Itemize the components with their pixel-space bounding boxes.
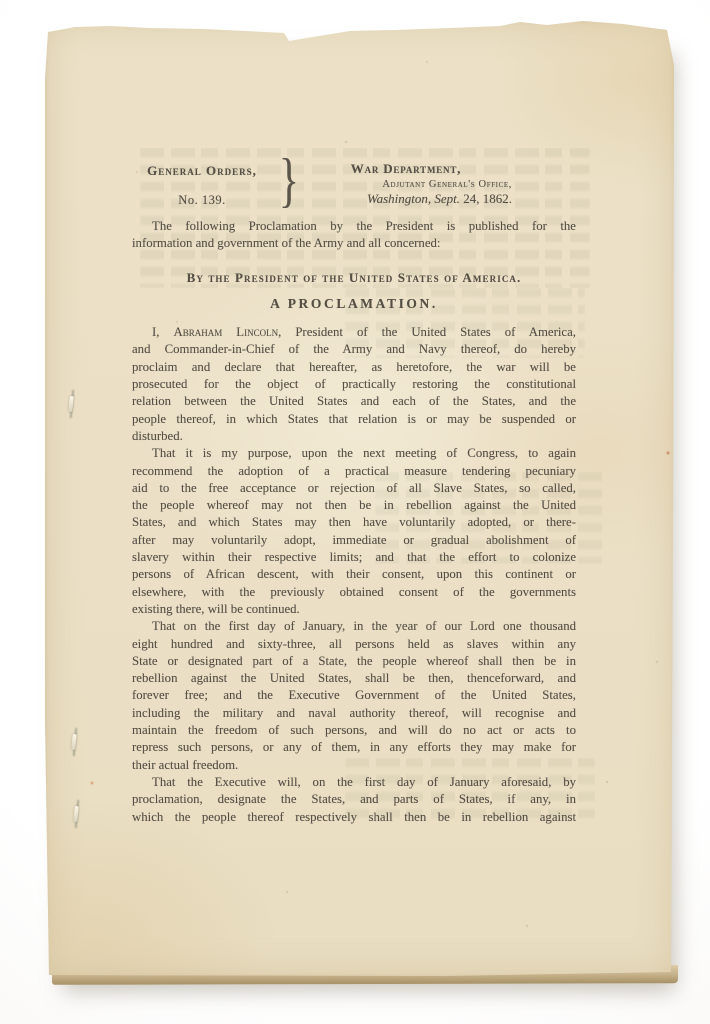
paragraph-line: disturbed. bbox=[132, 428, 576, 445]
sewn-binding-stitch bbox=[71, 800, 83, 828]
document-page: General Orders, No. 139. } War Departmen… bbox=[45, 20, 675, 978]
paragraph-line: That on the first day of January, in the… bbox=[132, 618, 576, 635]
dateline: Washington, Sept. 24, 1862. bbox=[300, 191, 512, 207]
paragraph-line: their actual freedom. bbox=[132, 757, 576, 774]
general-orders-block: General Orders, No. 139. bbox=[132, 163, 272, 208]
paragraph-line: after may voluntarily adopt, immediate o… bbox=[132, 532, 576, 549]
paragraph-line: aid to the free acceptance or rejection … bbox=[132, 480, 576, 497]
paragraph-line: and Commander-in-Chief of the Army and N… bbox=[132, 341, 576, 358]
sewn-binding-stitch bbox=[66, 390, 78, 418]
by-president-heading: By the President of the United States of… bbox=[132, 269, 576, 286]
paragraph-line: maintain the freedom of such persons, an… bbox=[132, 722, 576, 739]
paragraph-line: I, Abraham Lincoln, President of the Uni… bbox=[132, 324, 576, 341]
proclamation-heading: A PROCLAMATION. bbox=[132, 295, 576, 312]
paragraph-line: relation between the United States and e… bbox=[132, 393, 576, 410]
paragraph-line: which the people thereof respectively sh… bbox=[132, 809, 576, 826]
paragraph-line: rebellion against the United States, sha… bbox=[132, 670, 576, 687]
paragraph-line: That it is my purpose, upon the next mee… bbox=[132, 445, 576, 462]
paragraph-line: repress such persons, or any of them, in… bbox=[132, 739, 576, 756]
paragraph-line: elsewhere, with the previously obtained … bbox=[132, 584, 576, 601]
paragraph-line: the people whereof may not then be in re… bbox=[132, 497, 576, 514]
intro-line: information and government of the Army a… bbox=[132, 235, 576, 252]
paragraph-line: recommend the adoption of a practical me… bbox=[132, 463, 576, 480]
paragraph-line: prosecuted for the object of practically… bbox=[132, 376, 576, 393]
adjutant-office-label: Adjutant General's Office, bbox=[300, 179, 512, 190]
paragraph-line: proclamation, designate the States, and … bbox=[132, 791, 576, 808]
paragraph-line: State or designated part of a State, the… bbox=[132, 653, 576, 670]
lincoln-name: Abraham Lincoln bbox=[174, 325, 279, 339]
paragraph-line: forever free; and the Executive Governme… bbox=[132, 687, 576, 704]
sewn-binding-stitch bbox=[69, 728, 81, 756]
brace-glyph: } bbox=[279, 150, 299, 210]
paragraph-line: proclaim and declare that hereafter, as … bbox=[132, 359, 576, 376]
paragraph-line: people thereof, in which States that rel… bbox=[132, 411, 576, 428]
paragraph-line: That the Executive will, on the first da… bbox=[132, 774, 576, 791]
war-department-label: War Department, bbox=[300, 161, 512, 177]
intro-line: The following Proclamation by the Presid… bbox=[132, 218, 576, 235]
order-number: No. 139. bbox=[132, 193, 272, 208]
war-department-block: War Department, Adjutant General's Offic… bbox=[300, 161, 512, 207]
paragraph-line: including the military and naval authori… bbox=[132, 705, 576, 722]
general-orders-label: General Orders, bbox=[132, 163, 272, 179]
paragraph-line: slavery within their respective limits; … bbox=[132, 549, 576, 566]
proclamation-body: The following Proclamation by the Presid… bbox=[132, 218, 576, 826]
paragraph-line: States, and which States may then have v… bbox=[132, 514, 576, 531]
paragraph-line: persons of African descent, with their c… bbox=[132, 566, 576, 583]
paragraph-line: eight hundred and sixty-three, all perso… bbox=[132, 636, 576, 653]
paragraph-line: existing there, will be continued. bbox=[132, 601, 576, 618]
